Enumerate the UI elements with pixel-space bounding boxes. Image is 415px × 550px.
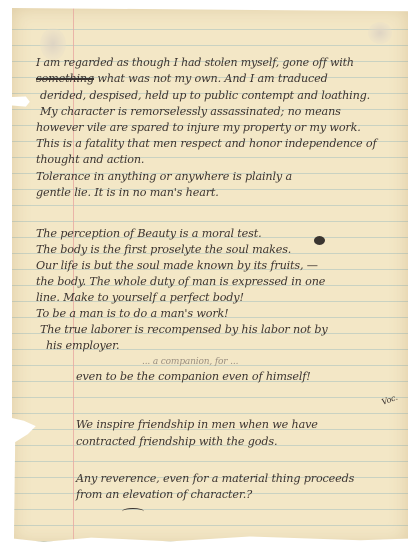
text-line: even to be the companion even of himself…	[76, 370, 311, 383]
text-line: however vile are spared to injure my pro…	[36, 121, 361, 134]
text-line: the body. The whole duty of man is expre…	[36, 275, 325, 288]
text-line: To be a man is to do a man's work!	[36, 307, 229, 320]
text-line: I am regarded as though I had stolen mys…	[36, 56, 354, 69]
text-line: The body is the first proselyte the soul…	[36, 243, 291, 256]
text-line: Any reverence, even for a material thing…	[76, 472, 354, 485]
text-line: something what was not my own. And I am …	[36, 72, 328, 85]
faded-text-line: ... a companion, for ...	[142, 357, 238, 367]
text-line: The true laborer is recompensed by his l…	[40, 323, 328, 336]
text-line: gentle lie. It is in no man's heart.	[36, 186, 219, 199]
struck-word: something	[36, 72, 94, 85]
text-line: My character is remorselessly assassinat…	[40, 105, 341, 118]
text-line: derided, despised, held up to public con…	[40, 89, 370, 102]
margin-note: Voc.	[380, 393, 398, 407]
text-line: from an elevation of character.?	[76, 488, 252, 501]
text-line: thought and action.	[36, 153, 144, 166]
text-line: contracted friendship with the gods.	[76, 435, 277, 448]
text-line: Tolerance in anything or anywhere is pla…	[36, 170, 292, 183]
text-line: his employer.	[46, 339, 119, 352]
text-line: The perception of Beauty is a moral test…	[36, 227, 261, 240]
text-line: line. Make to yourself a perfect body!	[36, 291, 244, 304]
text-fragment: what was not my own. And I am traduced	[97, 72, 327, 85]
handwritten-text: I am regarded as though I had stolen mys…	[12, 8, 408, 544]
text-line: Our life is but the soul made known by i…	[36, 259, 318, 272]
ruled-paper-page: I am regarded as though I had stolen mys…	[12, 8, 408, 544]
text-line: This is a fatality that men respect and …	[36, 137, 376, 150]
text-line: We inspire friendship in men when we hav…	[76, 418, 318, 431]
document-scan: I am regarded as though I had stolen mys…	[0, 0, 415, 550]
